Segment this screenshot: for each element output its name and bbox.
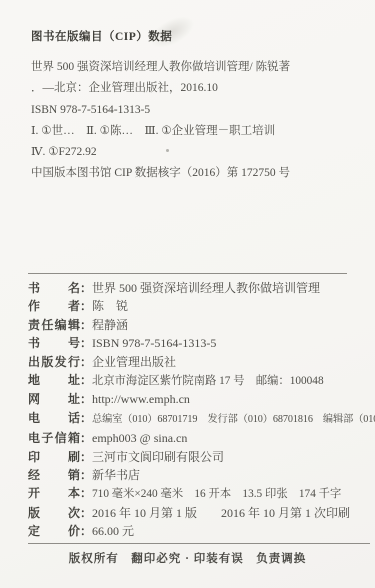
info-value: 陈 锐 xyxy=(92,299,128,313)
label-colon: ： xyxy=(80,281,92,295)
info-row-publisher: 出版发行：企业管理出版社 xyxy=(28,353,371,371)
cip-line: Ⅰ. ①世… Ⅱ. ①陈… Ⅲ. ①企业管理－职工培训 xyxy=(31,121,359,142)
cip-line: ．—北京：企业管理出版社，2016.10 xyxy=(31,78,359,99)
info-row-distributor: 经销：新华书店 xyxy=(28,466,371,484)
info-value: 710 毫米×240 毫米 16 开本 13.5 印张 174 千字 xyxy=(92,488,341,500)
info-row-price: 定价：66.00 元 xyxy=(28,522,371,540)
info-label: 电子信箱 xyxy=(28,429,80,447)
info-label: 出版发行 xyxy=(28,353,80,371)
info-row-format: 开本：710 毫米×240 毫米 16 开本 13.5 印张 174 千字 xyxy=(28,484,371,503)
label-colon: ： xyxy=(80,411,92,425)
info-label: 作者 xyxy=(28,297,80,315)
cip-line: ISBN 978-7-5164-1313-5 xyxy=(31,100,359,121)
info-label: 书名 xyxy=(28,279,80,297)
label-colon: ： xyxy=(80,486,92,500)
info-label: 责任编辑 xyxy=(28,316,80,334)
info-label: 网址 xyxy=(28,390,80,408)
book-copyright-page: 图书在版编目（CIP）数据 世界 500 强资深培训经理人教你做培训管理/ 陈锐… xyxy=(0,0,375,588)
cip-title: 图书在版编目（CIP）数据 xyxy=(31,28,359,44)
label-colon: ： xyxy=(80,299,92,313)
label-colon: ： xyxy=(80,468,92,482)
info-row-isbn: 书号：ISBN 978-7-5164-1313-5 xyxy=(28,334,371,352)
info-label: 地址 xyxy=(28,371,80,389)
label-colon: ： xyxy=(80,431,92,445)
label-colon: ： xyxy=(80,355,92,369)
info-label: 定价 xyxy=(28,522,80,540)
info-value: 程静涵 xyxy=(92,318,128,332)
info-row-email: 电子信箱：emph003 @ sina.cn xyxy=(28,429,371,447)
label-colon: ： xyxy=(80,506,92,520)
publication-info: 书名：世界 500 强资深培训经理人教你做培训管理 作者：陈 锐 责任编辑：程静… xyxy=(28,279,371,541)
info-row-editor: 责任编辑：程静涵 xyxy=(28,316,371,334)
info-row-address: 地址：北京市海淀区紫竹院南路 17 号 邮编：100048 xyxy=(28,371,371,390)
divider-bottom xyxy=(28,543,370,544)
info-label: 电话 xyxy=(28,409,80,427)
cip-block: 图书在版编目（CIP）数据 世界 500 强资深培训经理人教你做培训管理/ 陈锐… xyxy=(31,28,359,185)
cip-line: 中国版本图书馆 CIP 数据核字（2016）第 172750 号 xyxy=(31,163,359,184)
info-label: 书号 xyxy=(28,334,80,352)
info-row-printer: 印刷：三河市文阆印刷有限公司 xyxy=(28,448,371,466)
info-value: emph003 @ sina.cn xyxy=(92,431,187,445)
info-row-phone: 电话：总编室（010）68701719 发行部（010）68701816 编辑部… xyxy=(28,409,371,429)
info-value: 新华书店 xyxy=(92,468,140,482)
info-row-title: 书名：世界 500 强资深培训经理人教你做培训管理 xyxy=(28,279,371,297)
info-value: 三河市文阆印刷有限公司 xyxy=(92,450,224,464)
info-value: 66.00 元 xyxy=(92,524,134,538)
info-row-edition: 版次：2016 年 10 月第 1 版 2016 年 10 月第 1 次印刷 xyxy=(28,504,371,522)
info-value: 北京市海淀区紫竹院南路 17 号 邮编：100048 xyxy=(92,375,324,387)
info-label: 经销 xyxy=(28,466,80,484)
info-value: 总编室（010）68701719 发行部（010）68701816 编辑部（01… xyxy=(92,414,375,425)
label-colon: ： xyxy=(80,392,92,406)
cip-line: Ⅳ. ①F272.92 xyxy=(31,142,359,163)
info-label: 印刷 xyxy=(28,448,80,466)
info-value: 世界 500 强资深培训经理人教你做培训管理 xyxy=(92,281,320,295)
info-label: 版次 xyxy=(28,504,80,522)
label-colon: ： xyxy=(80,524,92,538)
info-value: 2016 年 10 月第 1 版 2016 年 10 月第 1 次印刷 xyxy=(92,506,350,520)
copyright-notice: 版权所有 翻印必究 · 印装有误 负责调换 xyxy=(0,550,375,566)
info-label: 开本 xyxy=(28,484,80,502)
label-colon: ： xyxy=(80,450,92,464)
info-value: 企业管理出版社 xyxy=(92,355,176,369)
info-value: http://www.emph.cn xyxy=(92,392,190,406)
divider-top xyxy=(28,273,347,274)
info-value: ISBN 978-7-5164-1313-5 xyxy=(92,336,216,350)
label-colon: ： xyxy=(80,373,92,387)
label-colon: ： xyxy=(80,336,92,350)
info-row-author: 作者：陈 锐 xyxy=(28,297,371,315)
info-row-website: 网址：http://www.emph.cn xyxy=(28,390,371,408)
label-colon: ： xyxy=(80,318,92,332)
cip-line: 世界 500 强资深培训经理人教你做培训管理/ 陈锐著 xyxy=(31,57,359,78)
